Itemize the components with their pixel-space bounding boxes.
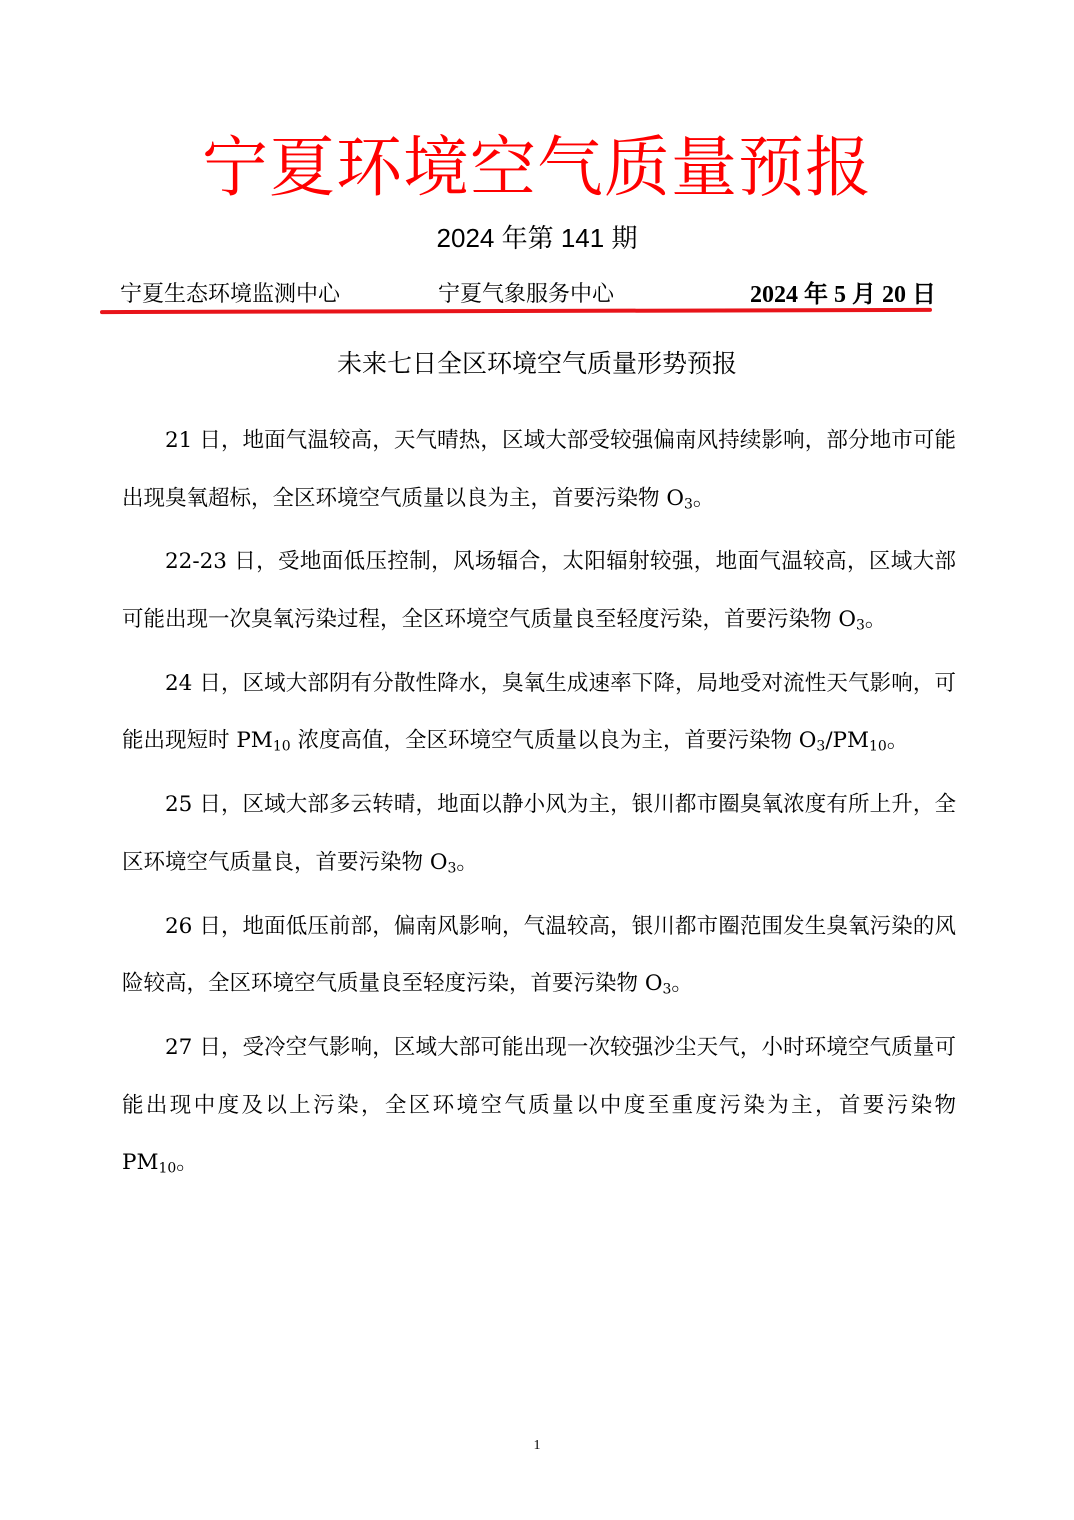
section-title: 未来七日全区环境空气质量形势预报 (0, 346, 1074, 382)
forecast-paragraph-22-23: 22-23 日，受地面低压控制，风场辐合，太阳辐射较强，地面气温较高，区域大部可… (122, 533, 956, 654)
issuer-line: 宁夏生态环境监测中心 宁夏气象服务中心 2024 年 5 月 20 日 (120, 278, 936, 312)
issue-number: 2024 年第 141 期 (0, 220, 1074, 256)
forecast-paragraph-27: 27 日，受冷空气影响，区域大部可能出现一次较强沙尘天气，小时环境空气质量可能出… (122, 1019, 956, 1198)
issue-date: 2024 年 5 月 20 日 (750, 278, 936, 312)
forecast-paragraph-21: 21 日，地面气温较高，天气晴热，区域大部受较强偏南风持续影响，部分地市可能出现… (122, 412, 956, 533)
forecast-paragraph-24: 24 日，区域大部阴有分散性降水，臭氧生成速率下降，局地受对流性天气影响，可能出… (122, 655, 956, 776)
forecast-paragraph-26: 26 日，地面低压前部，偏南风影响，气温较高，银川都市圈范围发生臭氧污染的风险较… (122, 898, 956, 1019)
page-title: 宁夏环境空气质量预报 (0, 128, 1074, 208)
page-number: 1 (0, 1438, 1074, 1454)
forecast-paragraph-25: 25 日，区域大部多云转晴，地面以静小风为主，银川都市圈臭氧浓度有所上升，全区环… (122, 776, 956, 897)
red-divider-rule (100, 308, 932, 314)
issuer-environment-center: 宁夏生态环境监测中心 (120, 278, 340, 312)
forecast-body: 21 日，地面气温较高，天气晴热，区域大部受较强偏南风持续影响，部分地市可能出现… (122, 412, 956, 1198)
issuer-meteorology-center: 宁夏气象服务中心 (438, 278, 614, 312)
